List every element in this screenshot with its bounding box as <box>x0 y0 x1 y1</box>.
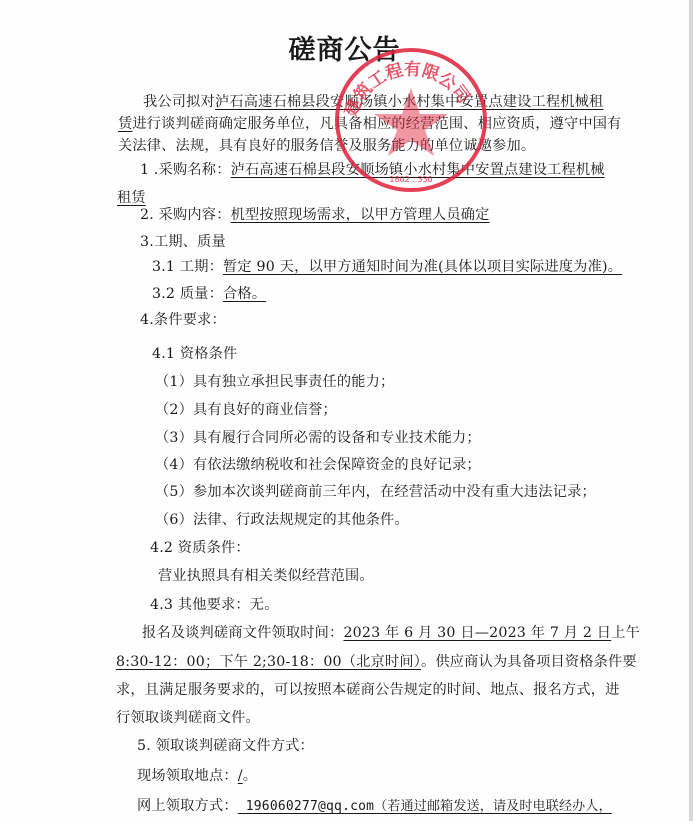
email-link[interactable]: 196060277@qq.com（若通过邮箱发送，请及时电联经办人， <box>238 799 612 814</box>
conditions-heading: 4.条件要求： <box>140 310 226 330</box>
condition-item: （1）具有独立承担民事责任的能力； <box>155 372 394 392</box>
registration-line-1: 报名及谈判磋商文件领取时间：2023 年 6 月 30 日—2023 年 7 月… <box>142 623 640 643</box>
schedule-quality-heading: 3.工期、质量 <box>140 232 226 252</box>
registration-line-4: 行领取谈判磋商文件。 <box>116 708 260 728</box>
condition-item: （5）参加本次谈判磋商前三年内，在经营活动中没有重大违法记录； <box>155 482 596 502</box>
document-page: 磋商公告 我公司拟对泸石高速石棉县段安顺场镇小水村集中安置点建设工程机械租 赁进… <box>0 0 689 821</box>
page-edge <box>689 0 693 821</box>
condition-item: （2）具有良好的商业信誉； <box>155 400 337 420</box>
project-name: 泸石高速石棉县段安顺场镇小水村集中安置点建设工程机械租 <box>215 94 603 110</box>
onsite-collection: 现场领取地点：/。 <box>137 766 257 786</box>
intro-line-3: 关法律、法规，具有良好的服务信誉及服务能力的单位诚邀参加。 <box>118 136 535 156</box>
registration-times: 8:30-12：00；下午 2;30-18：00（北京时间） <box>116 654 421 670</box>
page-title: 磋商公告 <box>0 34 689 68</box>
qualification-heading: 4.1 资格条件 <box>152 344 237 364</box>
registration-line-3: 求，且满足服务要求的，可以按照本磋商公告规定的时间、地点、报名方式，进 <box>116 680 620 700</box>
quality: 3.2 质量：合格。 <box>152 284 266 304</box>
condition-item: （6）法律、行政法规规定的其他条件。 <box>155 510 409 530</box>
intro-line-2: 赁进行谈判磋商确定服务单位，凡具备相应的经营范围、相应资质，遵守中国有 <box>118 114 622 134</box>
certification-value: 营业执照具有相关类似经营范围。 <box>158 566 374 586</box>
condition-item: （3）具有履行合同所必需的设备和专业技术能力； <box>155 428 481 448</box>
procurement-content: 2. 采购内容：机型按照现场需求，以甲方管理人员确定 <box>140 205 490 225</box>
online-collection: 网上领取方式： 196060277@qq.com（若通过邮箱发送，请及时电联经办… <box>137 796 612 817</box>
certification-heading: 4.2 资质条件： <box>150 538 250 558</box>
schedule: 3.1 工期：暂定 90 天，以甲方通知时间为准(具体以项目实际进度为准)。 <box>152 257 622 277</box>
registration-dates: 2023 年 6 月 30 日—2023 年 7 月 2 日 <box>343 625 611 641</box>
condition-item: （4）有依法缴纳税收和社会保障资金的良好记录； <box>155 455 481 475</box>
other-requirements: 4.3 其他要求：无。 <box>150 595 279 615</box>
procurement-name: 1 .采购名称：泸石高速石棉县段安顺场镇小水村集中安置点建设工程机械 <box>140 160 605 180</box>
document-collection-heading: 5. 领取谈判磋商文件方式： <box>137 736 314 756</box>
intro-line-1: 我公司拟对泸石高速石棉县段安顺场镇小水村集中安置点建设工程机械租 <box>143 92 603 112</box>
registration-line-2: 8:30-12：00；下午 2;30-18：00（北京时间）。供应商认为具备项目… <box>116 652 637 672</box>
